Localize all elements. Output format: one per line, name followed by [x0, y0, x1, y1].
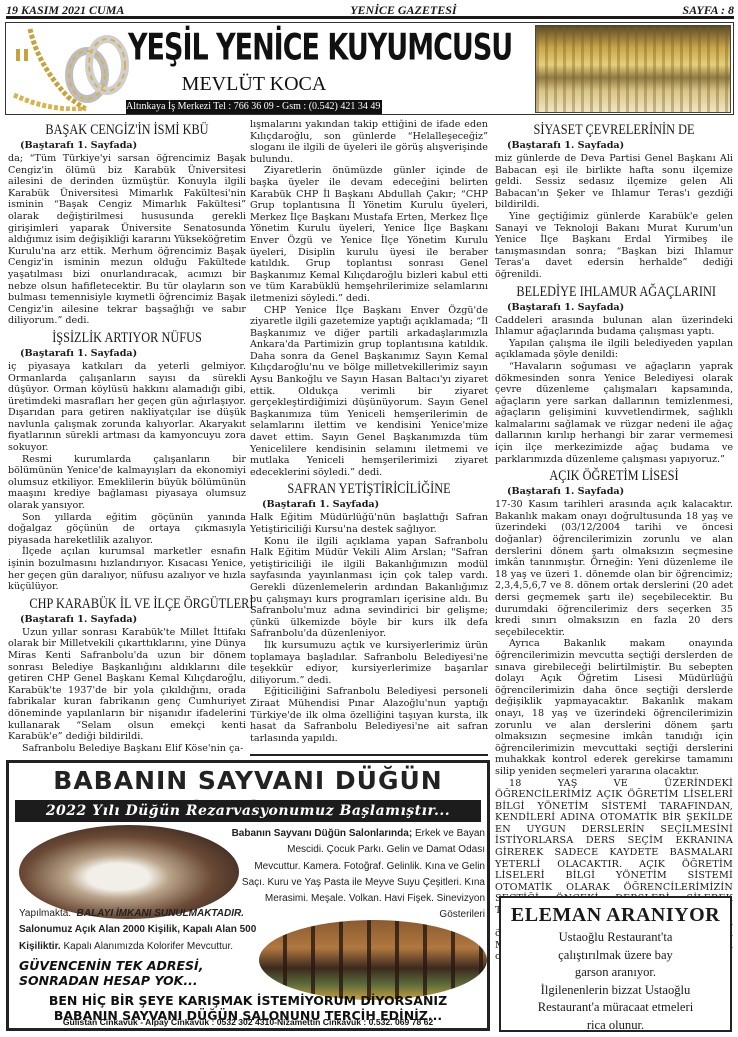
article-paragraph: Son yıllarda eğitim göçünün yanında doğa… — [8, 512, 246, 547]
job-ad-line: Ustaoğlu Restaurant'ta — [501, 929, 730, 947]
wedding-hall-ad: BABANIN SAYVANI DÜĞÜN SALONU 2022 Yılı D… — [6, 760, 490, 1031]
article-paragraph: Ayrıca Bakanlık makam onayında öğrencile… — [495, 638, 733, 777]
headline-basak-cengiz: BAŞAK CENGİZ'İN İSMİ KBÜ — [29, 122, 224, 139]
job-ad-line: rica olunur. — [501, 1017, 730, 1035]
article-paragraph: CHP Yenice İlçe Başkanı Enver Özgü'de zi… — [250, 305, 488, 479]
wedding-couple-photo — [19, 825, 239, 919]
article-paragraph: İlçede açılan kurumsal marketler esnafın… — [8, 546, 246, 592]
continued-from-label: (Baştarafı 1. Sayfada) — [8, 348, 246, 360]
continued-from-label: (Baştarafı 1. Sayfada) — [250, 499, 488, 511]
wedding-ad-slogan: GÜVENCENİN TEK ADRESİ, SONRADAN HESAP YO… — [19, 958, 259, 988]
jeweler-banner-ad: YEŞİL YENİCE KUYUMCUSU MEVLÜT KOCA Altın… — [5, 22, 734, 115]
article-paragraph: iç piyasaya katkıları da yeterli gelmiyo… — [8, 361, 246, 454]
continued-from-label: (Baştarafı 1. Sayfada) — [8, 614, 246, 626]
headline-chp: CHP KARABÜK İL VE İLÇE ÖRGÜTLERİ — [29, 596, 224, 613]
article-paragraph: Resmi kurumlarda çalışanların bir bölümü… — [8, 454, 246, 512]
header-rule — [6, 16, 734, 19]
headline-siyaset: SİYASET ÇEVRELERİNİN DE — [516, 122, 711, 139]
column-rule — [250, 754, 488, 756]
capacity-text: Kişiliktir. — [19, 941, 61, 952]
wedding-ad-phones: Gülistan Cinkavuk - Alpay Cinkavuk : 053… — [9, 1017, 487, 1027]
article-paragraph: Uzun yıllar sonrası Karabük'te Millet İt… — [8, 627, 246, 743]
article-paragraph: “Havaların soğuması ve ağaçların yaprak … — [495, 361, 733, 465]
article-paragraph: lışmalarını yakından takip ettiğini de i… — [250, 119, 488, 165]
article-paragraph: Yapılan çalışma ile ilgili belediyeden y… — [495, 338, 733, 361]
slogan-line: SONRADAN HESAP YOK... — [19, 973, 259, 988]
article-paragraph: Safranbolu Belediye Başkanı Elif Köse'ni… — [8, 743, 246, 755]
services-line: Mevcuttur. Kamera. Fotoğraf. Gelinlik. K… — [219, 859, 485, 875]
jewelry-shop-photo — [535, 25, 731, 113]
services-line: Erkek ve Bayan — [415, 828, 485, 839]
services-line: Mescidi. Çocuk Parkı. Gelin ve Damat Oda… — [219, 842, 485, 858]
job-ad-body: Ustaoğlu Restaurant'ta çalıştırılmak üze… — [501, 929, 730, 1034]
wedding-ad-subtitle: 2022 Yılı Düğün Rezarvasyonumuz Başlamış… — [15, 800, 481, 822]
article-paragraph: İlk kursumuzu açtık ve kursiyerlerimiz ü… — [250, 640, 488, 686]
jeweler-name: YEŞİL YENİCE KUYUMCUSU — [128, 27, 380, 69]
column-3: SİYASET ÇEVRELERİNİN DE (Baştarafı 1. Sa… — [495, 119, 733, 963]
continued-from-label: (Baştarafı 1. Sayfada) — [495, 486, 733, 498]
headline-ihlamur: BELEDİYE IHLAMUR AĞAÇLARINI — [516, 284, 711, 301]
wedding-rings-icon — [61, 33, 131, 103]
job-ad-line: Restaurant'a müracaat etmeleri — [501, 999, 730, 1017]
wedding-hall-photo — [259, 920, 487, 1000]
article-paragraph: Yine geçtiğimiz günlerde Karabük'e gelen… — [495, 211, 733, 281]
column-2: lışmalarını yakından takip ettiğini de i… — [250, 119, 488, 744]
honeymoon-offer: BALAYI İMKANI SUNULMAKTADIR. — [77, 908, 244, 919]
article-paragraph: Eğiticiliğini Safranbolu Belediyesi pers… — [250, 686, 488, 744]
job-ad-title: ELEMAN ARANIYOR — [501, 904, 730, 927]
heating-text: Kapalı Alanımızda Kolorifer Mevcuttur. — [63, 941, 233, 952]
article-paragraph: Halk Eğitim Müdürlüğü'nün başlattığı Saf… — [250, 512, 488, 535]
headline-safran: SAFRAN YETİŞTİRİCİLİĞİNE — [271, 481, 466, 498]
jeweler-contact: Altınkaya İş Merkezi Tel : 766 36 09 - G… — [126, 100, 382, 114]
slogan-line: GÜVENCENİN TEK ADRESİ, — [19, 958, 259, 973]
job-ad-line: garson aranıyor. — [501, 964, 730, 982]
article-paragraph: Ziyaretlerin önümüzde günler içinde de b… — [250, 165, 488, 304]
article-paragraph: Konu ile ilgili açıklama yapan Safranbol… — [250, 536, 488, 640]
jeweler-owner: MEVLÜT KOCA — [128, 73, 380, 96]
services-line: Saçı. Kuru ve Yaş Pasta ile Meyve Suyu Ç… — [219, 875, 485, 891]
job-ad-line: İlgilenenlerin bizzat Ustaoğlu — [501, 982, 730, 1000]
column-1: BAŞAK CENGİZ'İN İSMİ KBÜ (Baştarafı 1. S… — [8, 119, 246, 754]
article-paragraph: miz günlerde de Deva Partisi Genel Başka… — [495, 153, 733, 211]
job-ad-line: çalıştırılmak üzere bay — [501, 947, 730, 965]
continued-from-label: (Baştarafı 1. Sayfada) — [495, 140, 733, 152]
article-paragraph: 17-30 Kasım tarihleri arasında açık kala… — [495, 499, 733, 638]
article-paragraph: da; “Tüm Türkiye'yi sarsan öğrencimiz Ba… — [8, 153, 246, 327]
article-paragraph: Caddeleri arasında bulunan alan üzerinde… — [495, 315, 733, 338]
headline-acik-ogretim: AÇIK ÖĞRETİM LİSESİ — [516, 468, 711, 485]
job-wanted-ad: ELEMAN ARANIYOR Ustaoğlu Restaurant'ta ç… — [499, 896, 732, 1032]
continued-from-label: (Baştarafı 1. Sayfada) — [495, 302, 733, 314]
wedding-ad-lead: Babanın Sayvanı Düğün Salonlarında; — [232, 828, 413, 839]
headline-issizlik: İŞSİZLİK ARTIYOR NÜFUS — [29, 330, 224, 347]
cta-line: BEN HİÇ BİR ŞEYE KARIŞMAK İSTEMİYORUM Dİ… — [9, 993, 487, 1008]
continued-from-label: (Baştarafı 1. Sayfada) — [8, 140, 246, 152]
details-text: Yapılmakta. — [19, 908, 71, 919]
